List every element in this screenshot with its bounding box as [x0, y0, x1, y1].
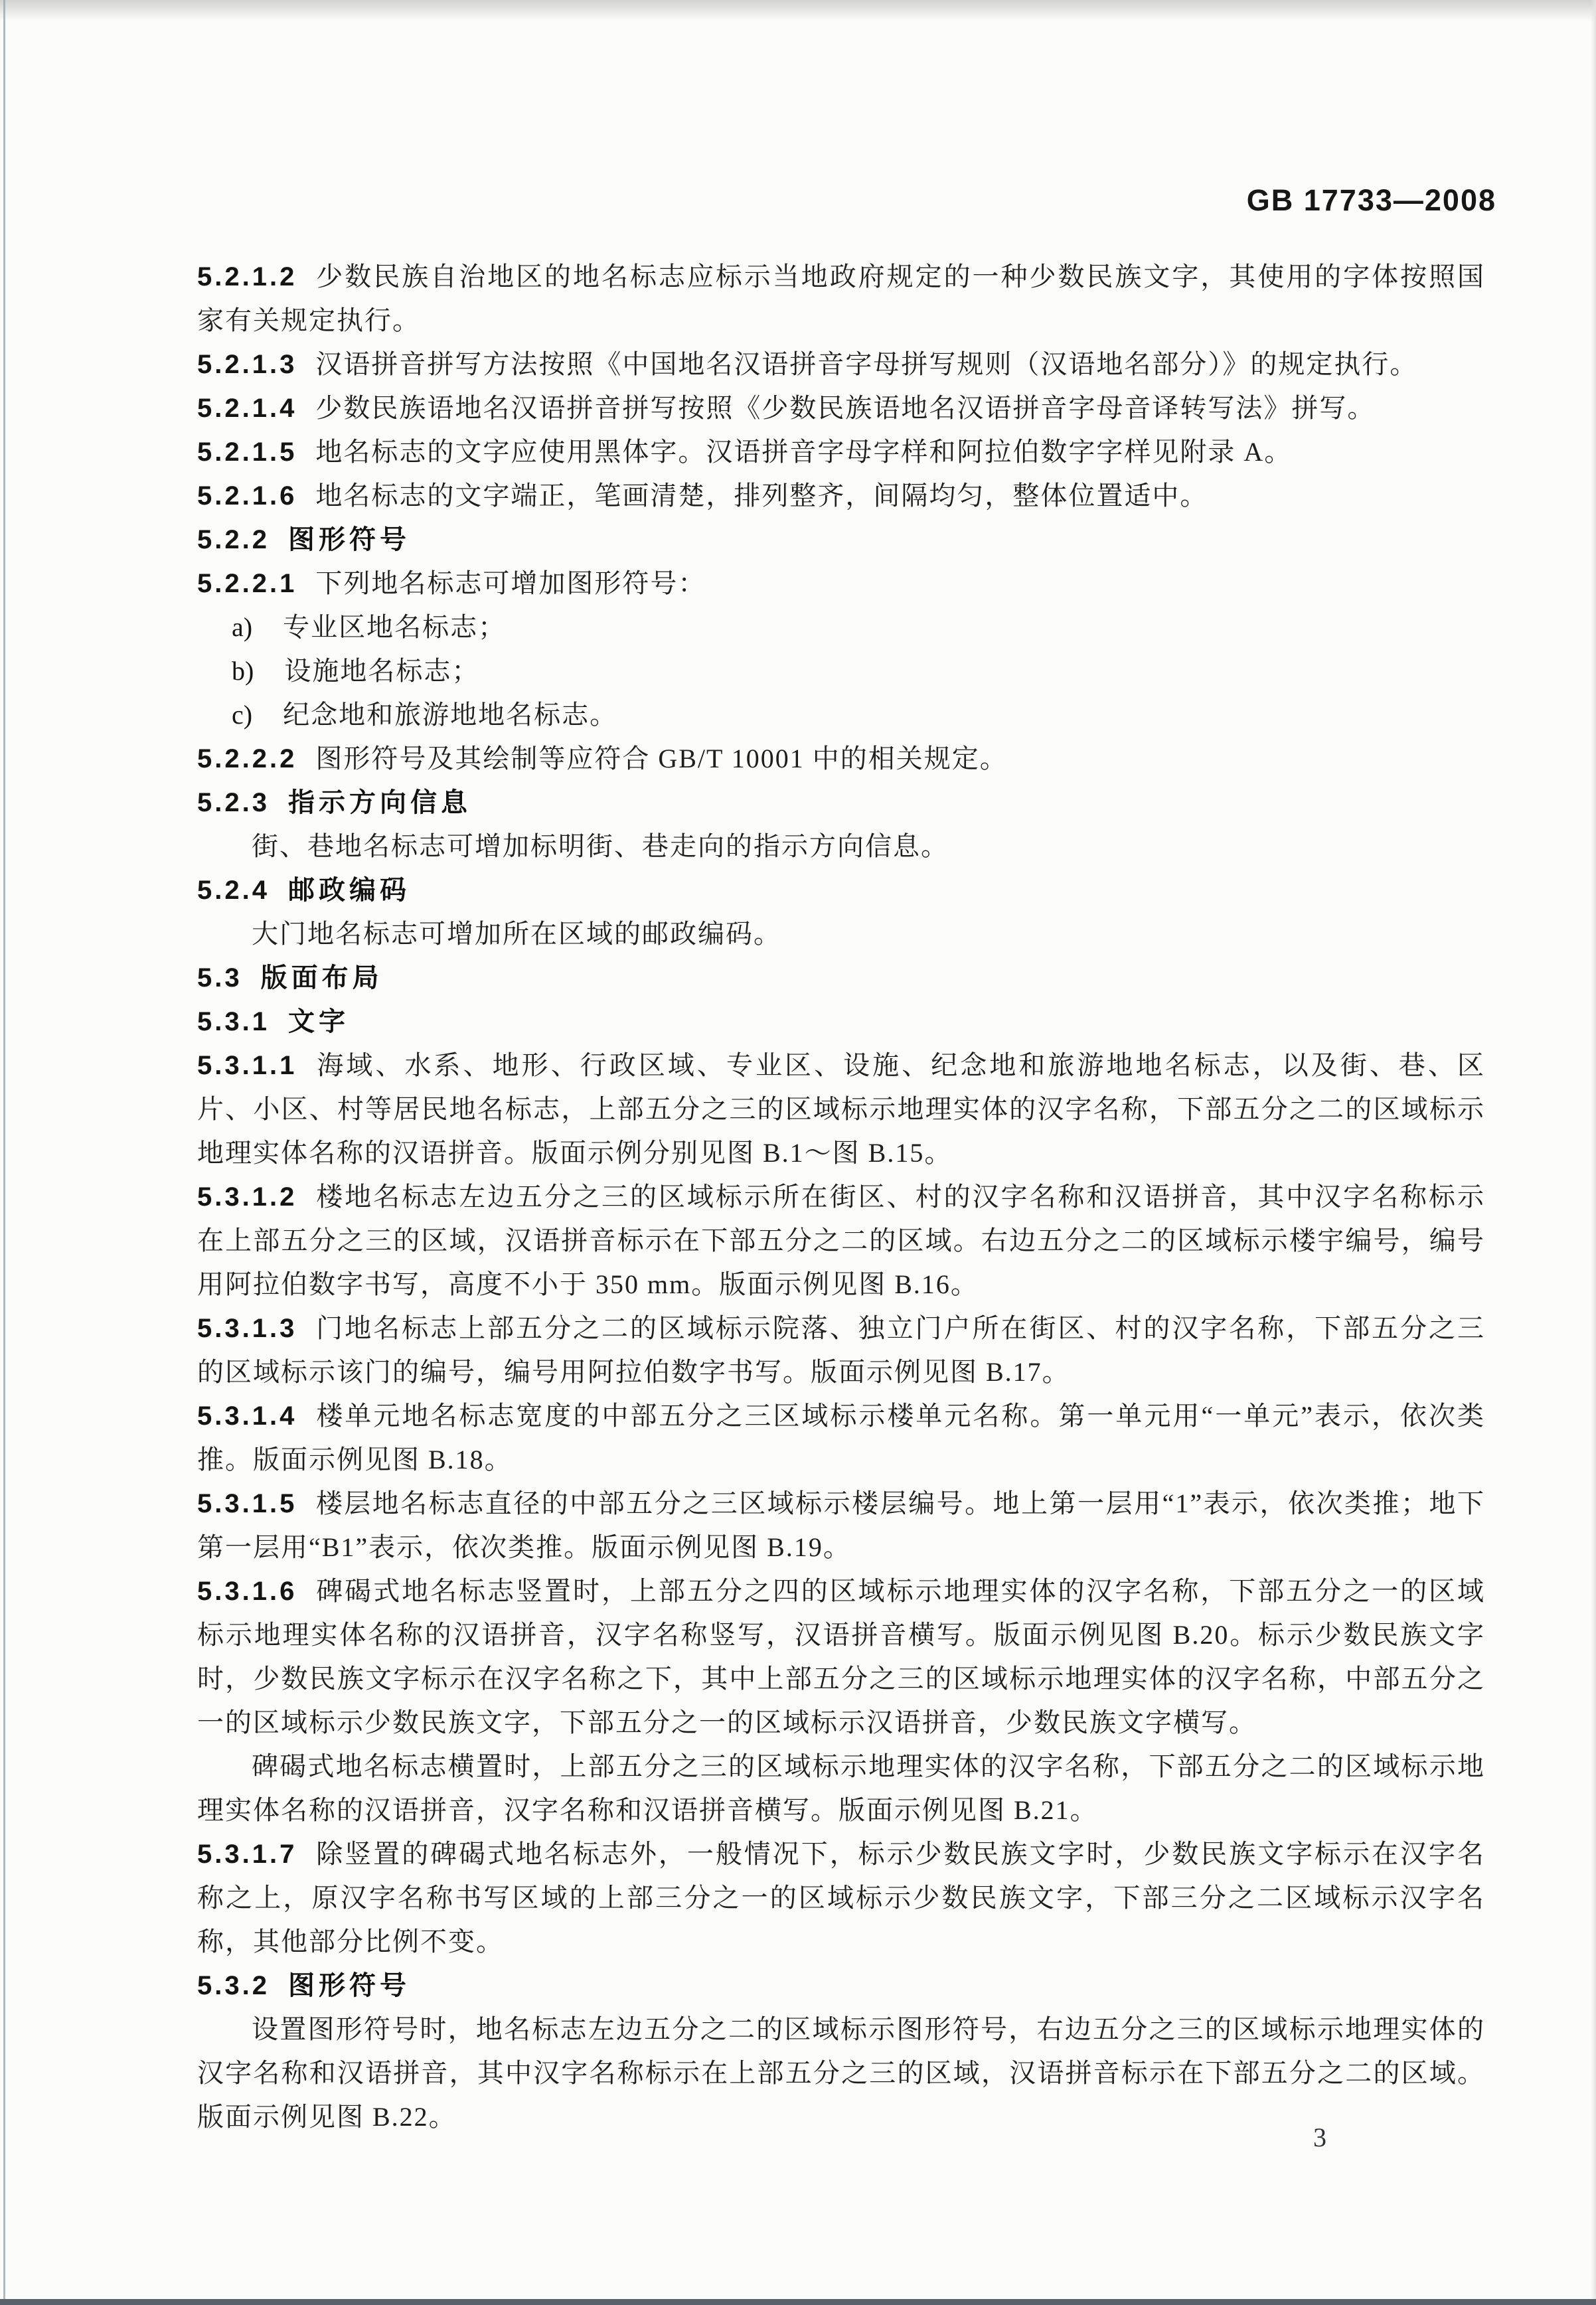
- clause-number: 5.2.1.2: [197, 262, 297, 291]
- clause-paragraph: 5.3.1.1海域、水系、地形、行政区域、专业区、设施、纪念地和旅游地地名标志，…: [197, 1044, 1485, 1175]
- heading-text: 邮政编码: [288, 876, 410, 905]
- list-item: a)专业区地名标志；: [197, 605, 1485, 649]
- clause-number: 5.3.1.6: [197, 1577, 297, 1606]
- paragraph-text: 楼单元地名标志宽度的中部五分之三区域标示楼单元名称。第一单元用“一单元”表示，依…: [197, 1401, 1485, 1474]
- clause-number: 5.2.1.6: [197, 481, 297, 511]
- paragraph-text: 楼层地名标志直径的中部五分之三区域标示楼层编号。地上第一层用“1”表示，依次类推…: [197, 1488, 1485, 1562]
- list-marker: a): [232, 612, 252, 642]
- indented-paragraph: 碑碣式地名标志横置时，上部五分之三的区域标示地理实体的汉字名称，下部五分之二的区…: [197, 1745, 1485, 1832]
- clause-number: 5.2.4: [197, 876, 270, 905]
- list-marker: b): [232, 656, 254, 686]
- list-item: c)纪念地和旅游地地名标志。: [197, 693, 1485, 737]
- heading-text: 版面布局: [261, 963, 383, 993]
- clause-paragraph: 5.2.1.5地名标志的文字应使用黑体字。汉语拼音字母字样和阿拉伯数字字样见附录…: [197, 430, 1485, 474]
- document-page: GB 17733—2008 5.2.1.2少数民族自治地区的地名标志应标示当地政…: [0, 0, 1596, 2305]
- clause-paragraph: 5.3.1.7除竖置的碑碣式地名标志外，一般情况下，标示少数民族文字时，少数民族…: [197, 1832, 1485, 1964]
- indented-paragraph: 街、巷地名标志可增加标明街、巷走向的指示方向信息。: [197, 825, 1485, 868]
- paragraph-text: 碑碣式地名标志横置时，上部五分之三的区域标示地理实体的汉字名称，下部五分之二的区…: [197, 1751, 1485, 1825]
- paragraph-text: 专业区地名标志；: [283, 612, 506, 642]
- heading-text: 文字: [288, 1007, 349, 1036]
- paragraph-text: 大门地名标志可增加所在区域的邮政编码。: [252, 919, 781, 949]
- paragraph-text: 楼地名标志左边五分之三的区域标示所在街区、村的汉字名称和汉语拼音，其中汉字名称标…: [197, 1182, 1485, 1299]
- section-heading: 5.2.2图形符号: [197, 518, 1485, 562]
- section-heading: 5.2.4邮政编码: [197, 868, 1485, 912]
- clause-number: 5.3.1: [197, 1007, 270, 1036]
- heading-text: 指示方向信息: [288, 788, 471, 817]
- clause-number: 5.2.2: [197, 525, 270, 554]
- clause-number: 5.3.1.4: [197, 1401, 297, 1431]
- paragraph-text: 地名标志的文字应使用黑体字。汉语拼音字母字样和阿拉伯数字字样见附录 A。: [315, 437, 1292, 467]
- clause-number: 5.2.2.2: [197, 744, 297, 773]
- paragraph-text: 汉语拼音拼写方法按照《中国地名汉语拼音字母拼写规则（汉语地名部分）》的规定执行。: [315, 349, 1417, 379]
- clause-number: 5.3.1.5: [197, 1489, 297, 1518]
- paragraph-text: 设置图形符号时，地名标志左边五分之二的区域标示图形符号，右边五分之三的区域标示地…: [197, 2014, 1485, 2132]
- section-heading: 5.3.2图形符号: [197, 1964, 1485, 2008]
- page-number: 3: [1313, 2122, 1326, 2153]
- clause-number: 5.2.1.4: [197, 394, 297, 423]
- clause-number: 5.3.1.3: [197, 1314, 297, 1343]
- paragraph-text: 少数民族语地名汉语拼音拼写按照《少数民族语地名汉语拼音字母音译转写法》拼写。: [315, 393, 1375, 423]
- scan-edge-left: [3, 0, 5, 2305]
- section-heading: 5.2.3指示方向信息: [197, 781, 1485, 825]
- paragraph-text: 地名标志的文字端正，笔画清楚，排列整齐，间隔均匀，整体位置适中。: [315, 481, 1208, 511]
- clause-paragraph: 5.2.1.6地名标志的文字端正，笔画清楚，排列整齐，间隔均匀，整体位置适中。: [197, 474, 1485, 518]
- indented-paragraph: 设置图形符号时，地名标志左边五分之二的区域标示图形符号，右边五分之三的区域标示地…: [197, 2008, 1485, 2139]
- clause-paragraph: 5.2.2.2图形符号及其绘制等应符合 GB/T 10001 中的相关规定。: [197, 737, 1485, 781]
- scan-edge-bottom: [0, 2299, 1596, 2305]
- paragraph-text: 除竖置的碑碣式地名标志外，一般情况下，标示少数民族文字时，少数民族文字标示在汉字…: [197, 1839, 1485, 1956]
- standard-number: GB 17733—2008: [1247, 183, 1496, 218]
- clause-number: 5.3.1.7: [197, 1840, 297, 1869]
- clause-paragraph: 5.2.1.3汉语拼音拼写方法按照《中国地名汉语拼音字母拼写规则（汉语地名部分）…: [197, 343, 1485, 386]
- clause-number: 5.3: [197, 963, 242, 993]
- paragraph-text: 纪念地和旅游地地名标志。: [283, 700, 617, 730]
- section-heading: 5.3版面布局: [197, 956, 1485, 1000]
- scan-edge-top: [0, 0, 1596, 21]
- heading-text: 图形符号: [288, 525, 410, 554]
- paragraph-text: 图形符号及其绘制等应符合 GB/T 10001 中的相关规定。: [315, 744, 1007, 773]
- list-item: b)设施地名标志；: [197, 649, 1485, 693]
- section-heading: 5.3.1文字: [197, 1000, 1485, 1044]
- scan-edge-right: [1591, 0, 1596, 2305]
- clause-number: 5.2.3: [197, 788, 270, 817]
- document-body: 5.2.1.2少数民族自治地区的地名标志应标示当地政府规定的一种少数民族文字，其…: [197, 255, 1485, 2139]
- paragraph-text: 碑碣式地名标志竖置时，上部五分之四的区域标示地理实体的汉字名称，下部五分之一的区…: [197, 1576, 1485, 1737]
- clause-paragraph: 5.3.1.4楼单元地名标志宽度的中部五分之三区域标示楼单元名称。第一单元用“一…: [197, 1394, 1485, 1482]
- clause-paragraph: 5.3.1.3门地名标志上部五分之二的区域标示院落、独立门户所在街区、村的汉字名…: [197, 1307, 1485, 1394]
- clause-paragraph: 5.2.1.4少数民族语地名汉语拼音拼写按照《少数民族语地名汉语拼音字母音译转写…: [197, 386, 1485, 430]
- clause-number: 5.3.1.2: [197, 1182, 297, 1212]
- paragraph-text: 设施地名标志；: [284, 656, 479, 686]
- clause-paragraph: 5.2.2.1下列地名标志可增加图形符号：: [197, 562, 1485, 605]
- clause-number: 5.3.2: [197, 1971, 270, 2000]
- clause-number: 5.2.1.3: [197, 350, 297, 379]
- list-marker: c): [232, 700, 252, 730]
- clause-paragraph: 5.2.1.2少数民族自治地区的地名标志应标示当地政府规定的一种少数民族文字，其…: [197, 255, 1485, 343]
- paragraph-text: 海域、水系、地形、行政区域、专业区、设施、纪念地和旅游地地名标志，以及街、巷、区…: [197, 1050, 1485, 1168]
- clause-paragraph: 5.3.1.2楼地名标志左边五分之三的区域标示所在街区、村的汉字名称和汉语拼音，…: [197, 1175, 1485, 1307]
- heading-text: 图形符号: [288, 1971, 410, 2000]
- paragraph-text: 下列地名标志可增加图形符号：: [315, 568, 706, 598]
- clause-paragraph: 5.3.1.5楼层地名标志直径的中部五分之三区域标示楼层编号。地上第一层用“1”…: [197, 1482, 1485, 1569]
- paragraph-text: 少数民族自治地区的地名标志应标示当地政府规定的一种少数民族文字，其使用的字体按照…: [197, 262, 1485, 335]
- clause-paragraph: 5.3.1.6碑碣式地名标志竖置时，上部五分之四的区域标示地理实体的汉字名称，下…: [197, 1569, 1485, 1745]
- clause-number: 5.2.1.5: [197, 437, 297, 467]
- indented-paragraph: 大门地名标志可增加所在区域的邮政编码。: [197, 912, 1485, 956]
- paragraph-text: 门地名标志上部五分之二的区域标示院落、独立门户所在街区、村的汉字名称，下部五分之…: [197, 1313, 1485, 1387]
- clause-number: 5.2.2.1: [197, 569, 297, 598]
- paragraph-text: 街、巷地名标志可增加标明街、巷走向的指示方向信息。: [252, 831, 949, 861]
- clause-number: 5.3.1.1: [197, 1051, 297, 1080]
